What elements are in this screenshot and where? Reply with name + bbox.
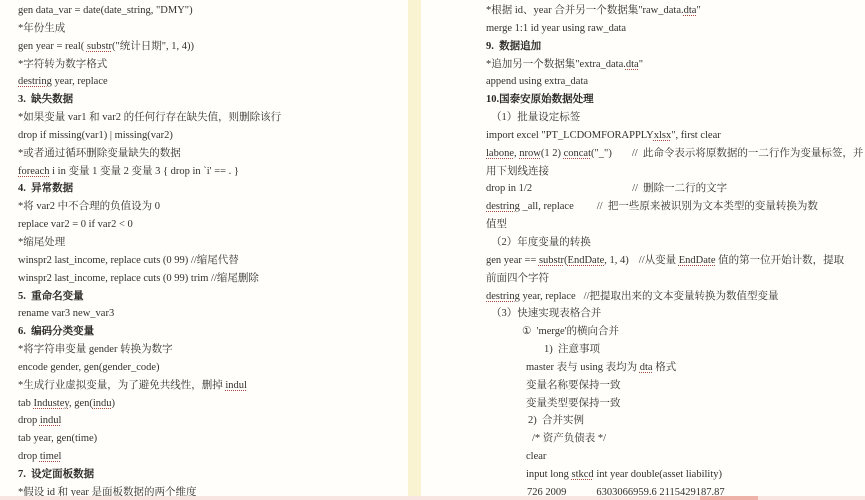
spellcheck-underlined-word: nrow (519, 148, 541, 159)
text-run: gen year = real( (18, 41, 87, 52)
doc-line: labone, nrow(1 2) concat("_")// 此命令表示将原数… (486, 145, 865, 163)
text-run: drop if missing(var1) | missing(var2) (18, 130, 173, 141)
text-run: , gen( (69, 398, 93, 409)
section-heading: 4. 异常数据 (18, 180, 408, 198)
section-heading: 10.国泰安原始数据处理 (486, 91, 865, 109)
spellcheck-underlined-word: substr (539, 255, 564, 266)
spellcheck-underlined-word: destring (18, 76, 52, 87)
text-run: *追加另一个数据集"extra_data. (486, 59, 626, 70)
spellcheck-underlined-word: destring (486, 201, 520, 212)
doc-line: tab Industey, gen(indu) (18, 395, 408, 413)
doc-line: 2) 合并实例 (486, 412, 865, 430)
section-heading: 6. 编码分类变量 (18, 323, 408, 341)
section-heading: 3. 缺失数据 (18, 91, 408, 109)
doc-line: 值型 (486, 216, 865, 234)
text-run: encode gender, gen(gender_code) (18, 362, 160, 373)
doc-line: 用下划线连接 (486, 163, 865, 181)
doc-line: gen year = real( substr("统计日期", 1, 4)) (18, 38, 408, 56)
doc-line: winspr2 last_income, replace cuts (0 99)… (18, 252, 408, 270)
spellcheck-underlined-word: dta (626, 59, 639, 70)
text-run: input long (526, 469, 572, 480)
text-run: 9. 数据追加 (486, 41, 541, 52)
doc-line: destring year, replace//把提取出来的文本变量转换为数值型… (486, 288, 865, 306)
spellcheck-underlined-word: substr (87, 41, 112, 52)
text-run: 4. 异常数据 (18, 183, 73, 194)
doc-line: *字符转为数字格式 (18, 56, 408, 74)
text-run: 3. 缺失数据 (18, 94, 73, 105)
text-run: （1）批量设定标签 (491, 112, 580, 123)
text-run: tab (18, 398, 33, 409)
text-run: merge 1:1 id year using raw_data (486, 23, 626, 34)
text-run: //把提取出来的文本变量转换为数值型变量 (584, 291, 779, 302)
text-run: *生成行业虚拟变量，为了避免共线性，删掉 (18, 380, 225, 391)
doc-line: *缩尾处理 (18, 234, 408, 252)
doc-line: *年份生成 (18, 20, 408, 38)
text-run: 变量名称要保持一致 (526, 380, 621, 391)
doc-line: merge 1:1 id year using raw_data (486, 20, 865, 38)
text-run: rename var3 new_var3 (18, 308, 114, 319)
text-run: 值的第一位开始计数，提取 (716, 255, 845, 266)
spellcheck-underlined-word: timel (40, 451, 62, 462)
text-run: // 此命令表示将原数据的一二行作为变量标签，并 (632, 148, 864, 159)
doc-line: replace var2 = 0 if var2 < 0 (18, 216, 408, 234)
doc-line: foreach i in 变量 1 变量 2 变量 3 { drop in `i… (18, 163, 408, 181)
doc-line: input long stkcd int year double(asset l… (486, 466, 865, 484)
text-run: 7. 设定面板数据 (18, 469, 94, 480)
doc-line: master 表与 using 表均为 dta 格式 (486, 359, 865, 377)
text-run: gen year == (486, 255, 539, 266)
doc-line: destring year, replace (18, 73, 408, 91)
text-run: int year double(asset liability) (594, 469, 722, 480)
spellcheck-underlined-word: labone (486, 148, 514, 159)
doc-line: *将 var2 中不合理的负值设为 0 (18, 198, 408, 216)
doc-line: append using extra_data (486, 73, 865, 91)
doc-line: drop indul (18, 412, 408, 430)
text-run: *如果变量 var1 和 var2 的任何行存在缺失值，则删除该行 (18, 112, 281, 123)
doc-line: drop if missing(var1) | missing(var2) (18, 127, 408, 145)
spellcheck-underlined-word: stkcd (572, 469, 594, 480)
text-run: ① 'merge'的横向合并 (522, 326, 619, 337)
text-run: " (639, 59, 643, 70)
document-view: { "page": { "background": "#fffefb", "te… (0, 0, 865, 500)
doc-line: *生成行业虚拟变量，为了避免共线性，删掉 indul (18, 377, 408, 395)
text-run: 2) 合并实例 (528, 415, 584, 426)
doc-line: 前面四个字符 (486, 270, 865, 288)
doc-line: gen data_var = date(date_string, "DMY") (18, 2, 408, 20)
doc-line: clear (486, 448, 865, 466)
doc-line: gen year == substr(EndDate, 1, 4)//从变量 E… (486, 252, 865, 270)
text-run: ("统计日期", 1, 4)) (112, 41, 194, 52)
text-run: 1) 注意事项 (544, 344, 600, 355)
text-run: winspr2 last_income, replace cuts (0 99)… (18, 255, 239, 266)
doc-line: drop timel (18, 448, 408, 466)
text-run: （3）快速实现表格合并 (491, 308, 601, 319)
doc-line: drop in 1/2// 删除一二行的文字 (486, 180, 865, 198)
doc-line: *根据 id、year 合并另一个数据集"raw_data.dta" (486, 2, 865, 20)
spellcheck-underlined-word: dta (684, 5, 697, 16)
text-run: // 把一些原来被识别为文本类型的变量转换为数 (597, 201, 818, 212)
text-run: import excel "PT_LCDOMFORAPPLY (486, 130, 654, 141)
text-run: (1 2) (541, 148, 564, 159)
section-heading: 9. 数据追加 (486, 38, 865, 56)
text-run: *或者通过循环删除变量缺失的数据 (18, 148, 181, 159)
text-run: 6. 编码分类变量 (18, 326, 94, 337)
text-run: ", first clear (671, 130, 720, 141)
spellcheck-underlined-word: Industey (33, 398, 68, 409)
doc-line: encode gender, gen(gender_code) (18, 359, 408, 377)
text-run: *缩尾处理 (18, 237, 65, 248)
doc-line: ① 'merge'的横向合并 (486, 323, 865, 341)
text-run: *将 var2 中不合理的负值设为 0 (18, 201, 160, 212)
text-run: //从变量 (639, 255, 679, 266)
text-run: 前面四个字符 (486, 273, 549, 284)
doc-line: *或者通过循环删除变量缺失的数据 (18, 145, 408, 163)
spellcheck-underlined-word: destring (486, 291, 520, 302)
text-run: i in 变量 1 变量 2 变量 3 { drop in `i' == . } (49, 166, 238, 177)
text-run: ("_") (591, 148, 612, 159)
spellcheck-underlined-word: EndDate (568, 255, 605, 266)
text-run: // 删除一二行的文字 (632, 183, 727, 194)
spellcheck-underlined-word: indul (40, 415, 62, 426)
doc-line: destring _all, replace// 把一些原来被识别为文本类型的变… (486, 198, 865, 216)
text-run: replace var2 = 0 if var2 < 0 (18, 219, 133, 230)
right-page-column: *根据 id、year 合并另一个数据集"raw_data.dta"merge … (486, 0, 865, 500)
text-run: *字符转为数字格式 (18, 59, 107, 70)
text-run: 用下划线连接 (486, 166, 549, 177)
left-page-column: gen data_var = date(date_string, "DMY")*… (18, 0, 408, 500)
text-run: append using extra_data (486, 76, 588, 87)
doc-line: rename var3 new_var3 (18, 305, 408, 323)
spellcheck-underlined-word: indu (93, 398, 112, 409)
text-run: drop in 1/2 (486, 183, 532, 194)
spellcheck-underlined-word: xlsx (654, 130, 672, 141)
text-run: year, replace (520, 291, 576, 302)
spellcheck-underlined-word: foreach (18, 166, 49, 177)
doc-line: 1) 注意事项 (486, 341, 865, 359)
text-run: gen data_var = date(date_string, "DMY") (18, 5, 193, 16)
text-run: master 表与 using 表均为 (526, 362, 640, 373)
text-run: 10.国泰安原始数据处理 (486, 94, 594, 105)
text-run: drop (18, 451, 40, 462)
doc-line: 变量名称要保持一致 (486, 377, 865, 395)
doc-line: *如果变量 var1 和 var2 的任何行存在缺失值，则删除该行 (18, 109, 408, 127)
text-run: , 1, 4) (604, 255, 629, 266)
doc-line: （1）批量设定标签 (486, 109, 865, 127)
text-run: ) (112, 398, 116, 409)
doc-line: *追加另一个数据集"extra_data.dta" (486, 56, 865, 74)
doc-line: *将字符串变量 gender 转换为数字 (18, 341, 408, 359)
text-run: （2）年度变量的转换 (491, 237, 591, 248)
section-heading: 5. 重命名变量 (18, 288, 408, 306)
section-heading: 7. 设定面板数据 (18, 466, 408, 484)
text-run: year, replace (52, 76, 108, 87)
spellcheck-underlined-word: concat (564, 148, 591, 159)
text-run: *年份生成 (18, 23, 65, 34)
text-run: winspr2 last_income, replace cuts (0 99)… (18, 273, 259, 284)
doc-line: /* 资产负债表 */ (486, 430, 865, 448)
doc-line: import excel "PT_LCDOMFORAPPLYxlsx", fir… (486, 127, 865, 145)
doc-line: winspr2 last_income, replace cuts (0 99)… (18, 270, 408, 288)
doc-line: （3）快速实现表格合并 (486, 305, 865, 323)
spellcheck-underlined-word: dta (640, 362, 653, 373)
text-run: 格式 (653, 362, 677, 373)
text-run: tab year, gen(time) (18, 433, 97, 444)
next-row-highlight-accent (700, 496, 758, 500)
doc-line: （2）年度变量的转换 (486, 234, 865, 252)
text-run: clear (526, 451, 546, 462)
text-run: drop (18, 415, 40, 426)
text-run: 5. 重命名变量 (18, 291, 84, 302)
doc-line: 变量类型要保持一致 (486, 395, 865, 413)
doc-line: tab year, gen(time) (18, 430, 408, 448)
text-run: /* 资产负债表 */ (532, 433, 606, 444)
spellcheck-underlined-word: indul (225, 380, 247, 391)
spellcheck-underlined-word: EndDate (679, 255, 716, 266)
text-run: *根据 id、year 合并另一个数据集"raw_data. (486, 5, 684, 16)
text-run: 变量类型要保持一致 (526, 398, 621, 409)
text-run: _all, replace (520, 201, 574, 212)
text-run: " (696, 5, 700, 16)
text-run: 值型 (486, 219, 507, 230)
page-gap-divider (408, 0, 421, 500)
text-run: *将字符串变量 gender 转换为数字 (18, 344, 173, 355)
